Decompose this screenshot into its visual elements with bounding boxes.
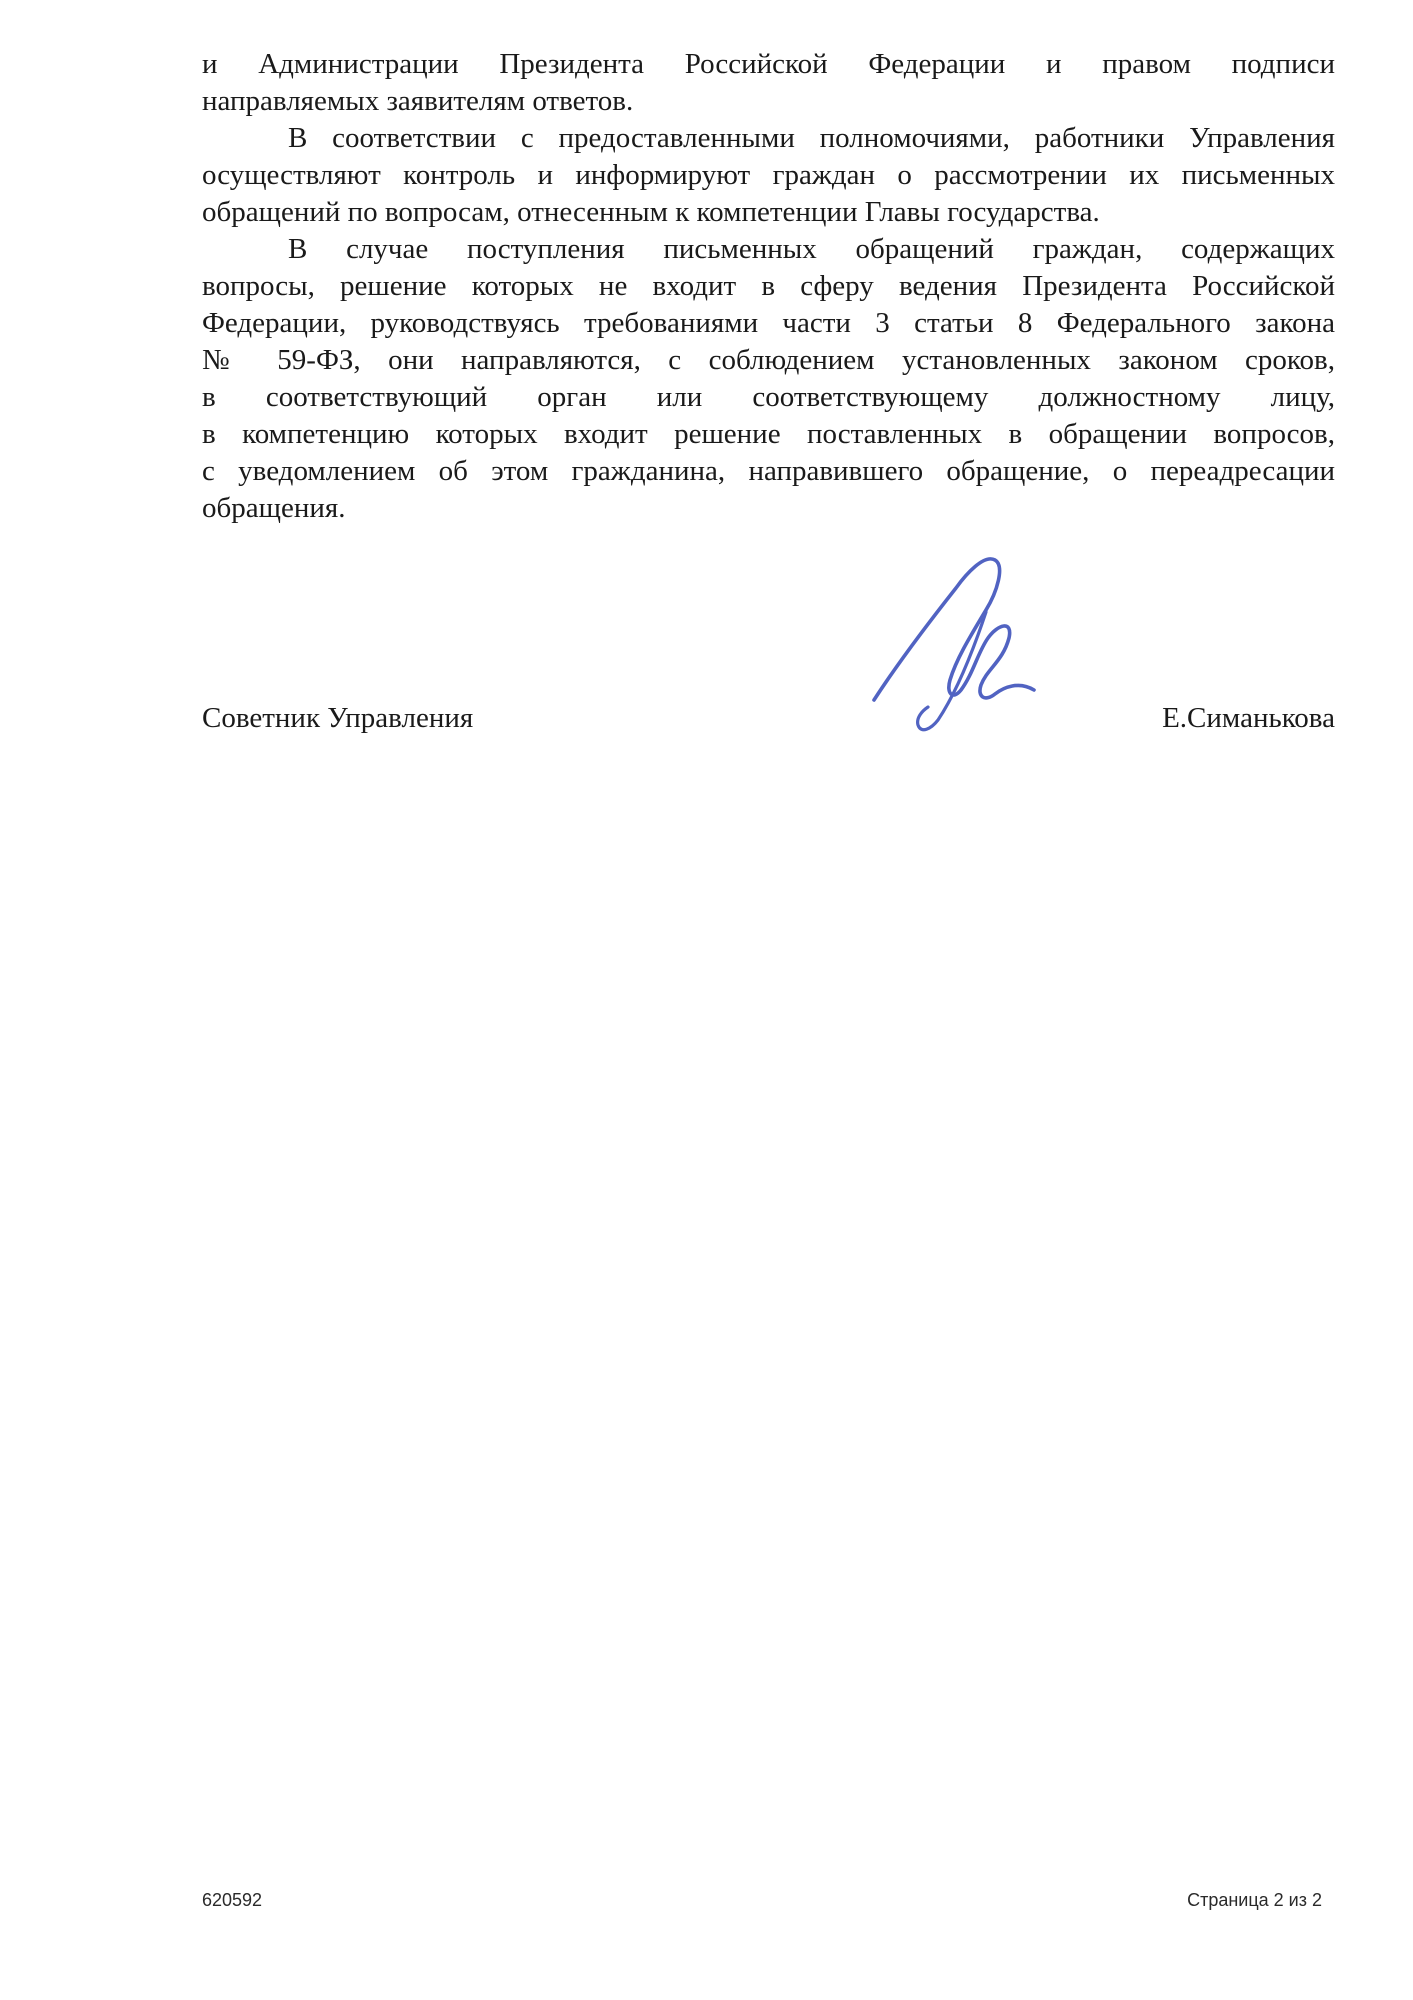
text-line: и Администрации Президента Российской Фе… <box>202 46 1335 83</box>
text-line: вопросы, решение которых не входит в сфе… <box>202 268 1335 305</box>
document-page: и Администрации Президента Российской Фе… <box>0 0 1413 2000</box>
document-number: 620592 <box>202 1890 262 1911</box>
text-line: Федерации, руководствуясь требованиями ч… <box>202 305 1335 342</box>
text-line: направляемых заявителям ответов. <box>202 83 1335 120</box>
page-indicator: Страница 2 из 2 <box>1187 1890 1322 1911</box>
text-line: в компетенцию которых входит решение пос… <box>202 416 1335 453</box>
signer-position-title: Советник Управления <box>202 700 473 737</box>
signature-row: Советник Управления Е.Симанькова <box>202 700 1335 737</box>
text-line: осуществляют контроль и информируют граж… <box>202 157 1335 194</box>
text-line: В соответствии с предоставленными полном… <box>202 120 1335 157</box>
signer-name: Е.Симанькова <box>1162 700 1335 737</box>
text-line: с уведомлением об этом гражданина, напра… <box>202 453 1335 490</box>
signature-stroke <box>874 559 1034 700</box>
letter-body: и Администрации Президента Российской Фе… <box>202 46 1335 527</box>
page-footer: 620592 Страница 2 из 2 <box>202 1890 1322 1911</box>
text-line: в соответствующий орган или соответствую… <box>202 379 1335 416</box>
text-line: обращения. <box>202 490 1335 527</box>
text-line: обращений по вопросам, отнесенным к комп… <box>202 194 1335 231</box>
text-line: № 59-ФЗ, они направляются, с соблюдением… <box>202 342 1335 379</box>
text-line: В случае поступления письменных обращени… <box>202 231 1335 268</box>
